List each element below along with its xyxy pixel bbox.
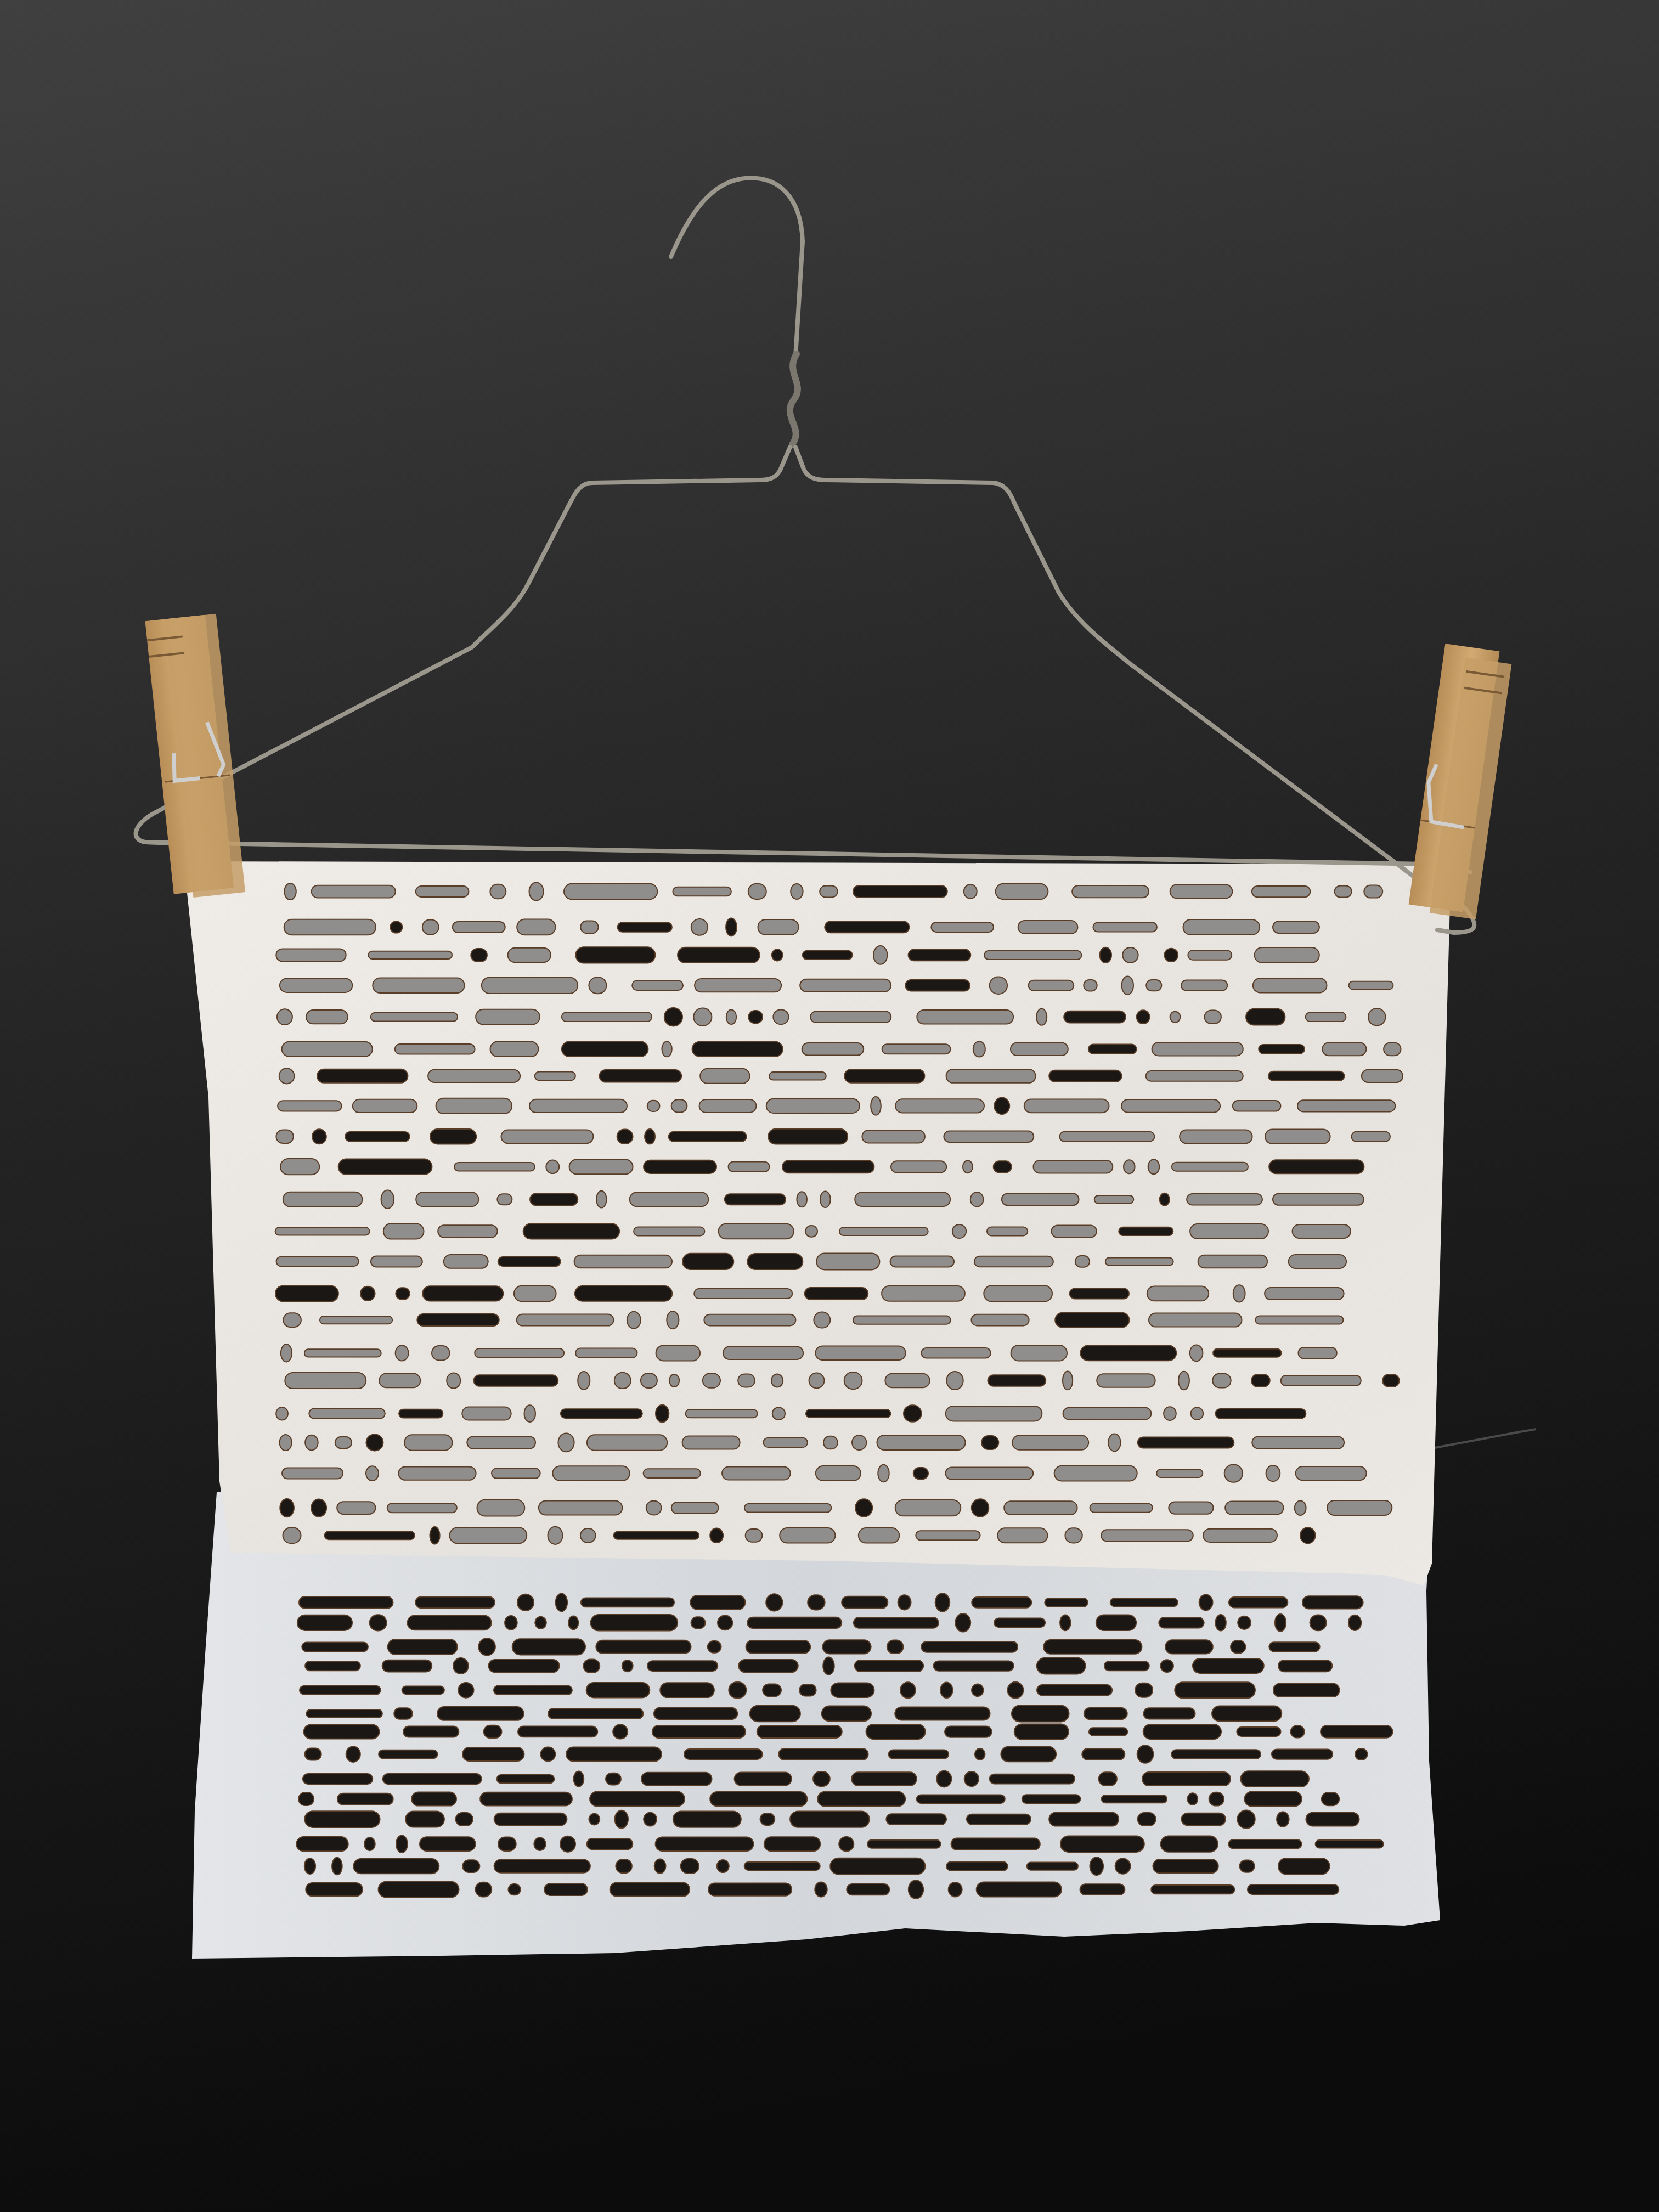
- perforation: [1384, 1042, 1401, 1056]
- perforation: [454, 1163, 535, 1171]
- perforation: [644, 1813, 657, 1826]
- perforation: [984, 1285, 1052, 1302]
- perforation: [935, 1593, 950, 1611]
- perforation: [1248, 1884, 1339, 1894]
- perforation: [564, 884, 657, 900]
- perforation: [641, 1773, 712, 1786]
- perforation: [744, 1504, 831, 1513]
- perforation: [769, 1072, 826, 1080]
- perforation: [790, 1812, 870, 1827]
- perforation: [494, 1860, 590, 1873]
- perforation: [1364, 885, 1383, 898]
- perforation: [1322, 1042, 1366, 1056]
- perforation: [725, 1194, 786, 1205]
- perforation: [1281, 1375, 1361, 1386]
- perforation: [568, 1616, 578, 1629]
- perforation: [647, 1101, 660, 1111]
- perforation: [672, 1502, 719, 1514]
- perforation: [1335, 886, 1352, 898]
- perforation: [805, 1288, 868, 1300]
- perforation: [1351, 1131, 1390, 1142]
- perforation: [852, 1435, 866, 1450]
- perforation: [1055, 1313, 1129, 1328]
- perforation: [984, 951, 1081, 960]
- perforation: [990, 1774, 1075, 1784]
- perforation: [546, 1160, 559, 1173]
- perforation: [548, 1708, 643, 1719]
- perforation: [566, 1747, 662, 1762]
- perforation: [672, 1099, 687, 1112]
- perforation: [1043, 1640, 1142, 1654]
- perforation: [1063, 1372, 1073, 1390]
- perforation: [1321, 1725, 1392, 1738]
- perforation: [695, 979, 781, 992]
- perforation: [946, 1406, 1042, 1421]
- perforation: [444, 1255, 488, 1268]
- perforation: [523, 1224, 619, 1239]
- perforation: [280, 1435, 292, 1451]
- perforation: [366, 1435, 383, 1451]
- perforation: [560, 1836, 575, 1852]
- perforation: [746, 1640, 811, 1654]
- perforation: [276, 1130, 293, 1143]
- perforation: [771, 1374, 783, 1387]
- perforation: [517, 1314, 614, 1326]
- perforation: [1188, 1793, 1198, 1805]
- perforation: [1188, 950, 1232, 960]
- perforation: [1190, 1224, 1268, 1239]
- perforation: [1233, 1285, 1245, 1302]
- perforation: [304, 1858, 315, 1874]
- perforation: [747, 1254, 803, 1269]
- perforation: [1213, 1349, 1282, 1357]
- perforation: [353, 1099, 417, 1113]
- perforation: [302, 1643, 368, 1652]
- perforation: [682, 1436, 740, 1449]
- perforation: [402, 1686, 444, 1694]
- perforation: [1070, 1288, 1129, 1299]
- perforation: [1160, 1193, 1170, 1206]
- perforation: [851, 1772, 916, 1786]
- perforation: [802, 1043, 864, 1056]
- perforation: [1105, 1257, 1173, 1265]
- perforation: [283, 1192, 363, 1207]
- perforation: [1101, 1530, 1193, 1541]
- perforation: [726, 918, 737, 936]
- perforation: [353, 1859, 439, 1874]
- perforation: [430, 1129, 476, 1144]
- perforation: [738, 1660, 798, 1672]
- perforation: [398, 1466, 476, 1480]
- perforation: [615, 1810, 628, 1829]
- perforation: [552, 1466, 630, 1481]
- perforation: [1293, 1224, 1351, 1238]
- perforation: [453, 1658, 469, 1674]
- perforation: [1362, 1070, 1403, 1082]
- perforation: [1310, 1615, 1327, 1630]
- perforation: [1082, 1748, 1125, 1760]
- perforation: [1203, 1529, 1277, 1542]
- perforation: [970, 1192, 984, 1207]
- perforation: [475, 1348, 564, 1357]
- perforation: [303, 1774, 373, 1784]
- perforation: [1075, 1256, 1090, 1267]
- perforation: [1001, 1747, 1056, 1762]
- perforation: [1252, 1437, 1344, 1449]
- perforation: [797, 1192, 807, 1207]
- perforation: [462, 1747, 524, 1761]
- perforation: [1022, 1795, 1081, 1803]
- perforation: [905, 980, 970, 991]
- perforation: [399, 1409, 443, 1418]
- perforation: [405, 1812, 444, 1827]
- perforation: [548, 1527, 563, 1544]
- perforation: [693, 1008, 712, 1026]
- perforation: [898, 1595, 911, 1610]
- perforation: [1272, 1749, 1333, 1759]
- perforation: [490, 884, 506, 899]
- perforation: [699, 1099, 757, 1113]
- perforation: [304, 1349, 381, 1357]
- perforation: [1215, 1409, 1306, 1419]
- perforation: [482, 977, 578, 994]
- perforation: [1049, 1070, 1121, 1082]
- perforation: [686, 1409, 758, 1418]
- perforation: [297, 1615, 352, 1630]
- perforation: [1193, 1658, 1264, 1673]
- perforation: [305, 1661, 360, 1671]
- perforation: [634, 1227, 704, 1236]
- perforation: [694, 1289, 792, 1299]
- perforation: [678, 947, 760, 963]
- perforation: [889, 1750, 949, 1759]
- perforation: [710, 1792, 807, 1806]
- perforation: [437, 1707, 524, 1720]
- perforation: [844, 1372, 862, 1389]
- perforation: [763, 1438, 808, 1448]
- perforation: [964, 884, 977, 899]
- perforation: [296, 1837, 348, 1851]
- perforation: [1160, 1660, 1173, 1672]
- perforation: [305, 1435, 318, 1451]
- perforation: [726, 1009, 737, 1024]
- perforation: [1122, 947, 1138, 963]
- perforation: [690, 1595, 745, 1610]
- perforation: [416, 1192, 478, 1206]
- perforation: [312, 885, 396, 898]
- perforation: [1246, 1009, 1285, 1025]
- perforation: [673, 1811, 741, 1827]
- perforation: [1164, 1407, 1176, 1420]
- perforation: [780, 1528, 835, 1543]
- perforation: [766, 1594, 782, 1611]
- perforation: [877, 1435, 966, 1450]
- perforation: [1064, 1011, 1126, 1023]
- perforation: [1060, 1615, 1070, 1630]
- perforation: [1198, 1255, 1267, 1268]
- perforation: [1273, 921, 1319, 933]
- perforation: [760, 1813, 775, 1825]
- perforation: [945, 1726, 992, 1737]
- perforation: [1072, 885, 1149, 898]
- perforation: [1291, 1726, 1305, 1738]
- perforation: [822, 1706, 871, 1722]
- perforation: [561, 1409, 642, 1418]
- perforation: [1037, 1685, 1112, 1696]
- perforation: [1090, 1857, 1104, 1875]
- perforation: [1349, 981, 1393, 990]
- perforation: [279, 1068, 295, 1084]
- perforation: [276, 1257, 359, 1266]
- perforation: [1273, 1194, 1364, 1205]
- perforation: [403, 1726, 459, 1737]
- perforation: [1004, 1501, 1077, 1515]
- perforation: [1104, 1661, 1149, 1671]
- perforation: [558, 1434, 574, 1452]
- perforation: [994, 1161, 1012, 1172]
- perforation: [1212, 1706, 1282, 1722]
- perforation: [673, 887, 731, 896]
- perforation: [428, 1070, 520, 1082]
- perforation: [534, 1838, 545, 1851]
- perforation: [1080, 1345, 1176, 1361]
- perforation: [622, 1660, 633, 1672]
- perforation: [917, 1010, 1013, 1024]
- perforation: [684, 1749, 763, 1759]
- perforation: [921, 1641, 1018, 1652]
- perforation: [1012, 1435, 1088, 1450]
- perforation: [1059, 1132, 1154, 1142]
- perforation: [916, 1531, 980, 1540]
- perforation: [284, 883, 296, 900]
- perforation: [1152, 1042, 1243, 1056]
- perforation: [1278, 1660, 1332, 1672]
- perforation: [383, 1774, 482, 1784]
- perforation: [575, 1286, 672, 1301]
- perforation: [589, 977, 606, 994]
- perforation: [1170, 1012, 1181, 1023]
- perforation: [1014, 1724, 1069, 1739]
- perforation: [839, 1227, 928, 1235]
- perforation: [1183, 919, 1260, 935]
- perforation: [512, 1639, 585, 1655]
- perforation: [885, 1374, 929, 1388]
- perforation: [275, 1285, 338, 1301]
- perforation: [1224, 1464, 1243, 1482]
- perforation: [820, 1191, 831, 1207]
- perforation: [664, 1008, 682, 1026]
- perforation: [1259, 1045, 1305, 1054]
- perforation: [873, 946, 887, 964]
- perforation: [773, 1009, 788, 1024]
- perforation: [1018, 921, 1078, 934]
- perforation: [590, 1792, 685, 1807]
- perforation: [632, 980, 683, 990]
- perforation: [972, 1314, 1029, 1326]
- perforation: [494, 1686, 572, 1695]
- perforation: [1148, 1159, 1160, 1174]
- perforation: [855, 1499, 872, 1517]
- perforation: [581, 1598, 674, 1607]
- perforation: [1119, 1227, 1173, 1235]
- perforation: [383, 1223, 424, 1239]
- perforation: [606, 1773, 621, 1785]
- perforation: [1008, 1682, 1024, 1699]
- perforation: [972, 1684, 984, 1696]
- perforation: [946, 1372, 963, 1390]
- perforation: [682, 1254, 733, 1269]
- perforation: [498, 1837, 516, 1851]
- perforation: [610, 1883, 690, 1897]
- perforation: [854, 1617, 939, 1628]
- perforation: [1097, 1374, 1155, 1387]
- perforation: [415, 1596, 495, 1608]
- perforation: [831, 1683, 874, 1697]
- perforation: [895, 1707, 990, 1720]
- perforation: [1027, 1862, 1078, 1870]
- perforation: [1269, 1160, 1364, 1173]
- perforation: [345, 1132, 410, 1141]
- perforation: [973, 1041, 985, 1057]
- perforation: [691, 919, 708, 935]
- perforation: [862, 1130, 925, 1143]
- perforation: [951, 1838, 1040, 1850]
- perforation: [489, 1660, 560, 1672]
- perforation: [799, 1684, 816, 1696]
- perforation: [805, 1226, 817, 1237]
- perforation: [562, 1012, 652, 1022]
- perforation: [816, 1466, 861, 1481]
- perforation: [782, 1160, 874, 1173]
- perforation: [1289, 1255, 1346, 1268]
- perforation: [974, 1256, 1053, 1267]
- perforation: [692, 1042, 783, 1057]
- perforation: [656, 1405, 669, 1423]
- perforation: [1229, 1839, 1302, 1848]
- perforation: [337, 1502, 375, 1514]
- perforation: [280, 978, 352, 992]
- perforation: [575, 947, 655, 963]
- perforation: [276, 949, 346, 961]
- perforation: [490, 1042, 539, 1057]
- perforation: [949, 1882, 962, 1897]
- perforation: [772, 1407, 785, 1420]
- perforation: [539, 1501, 622, 1515]
- perforation: [280, 1499, 294, 1517]
- perforation: [1237, 1727, 1280, 1736]
- perforation: [644, 1160, 716, 1173]
- perforation: [1238, 1810, 1255, 1828]
- perforation: [703, 1373, 720, 1387]
- perforation: [408, 1615, 492, 1630]
- perforation: [462, 1407, 511, 1420]
- perforation: [580, 1528, 596, 1543]
- perforation: [1241, 1771, 1309, 1787]
- perforation: [514, 1286, 556, 1301]
- perforation: [977, 1882, 1062, 1897]
- perforation: [388, 1639, 458, 1655]
- perforation: [616, 1859, 632, 1873]
- perforation: [988, 1375, 1046, 1386]
- perforation: [944, 1131, 1034, 1143]
- perforation: [844, 1069, 924, 1083]
- perforation: [370, 1615, 387, 1630]
- perforation: [530, 1193, 578, 1205]
- perforation: [281, 1344, 292, 1362]
- perforation: [477, 1500, 525, 1516]
- perforation: [280, 1159, 319, 1175]
- perforation: [764, 1837, 820, 1851]
- perforation: [575, 1348, 637, 1358]
- perforation: [748, 884, 766, 899]
- perforation: [669, 1374, 679, 1387]
- perforation: [587, 1838, 633, 1849]
- perforation: [1199, 1594, 1213, 1610]
- perforation: [600, 1070, 682, 1082]
- perforation: [823, 1436, 838, 1449]
- perforation: [645, 1129, 655, 1144]
- perforation: [325, 1531, 415, 1539]
- perforation: [1143, 1724, 1221, 1739]
- perforation: [1205, 1010, 1221, 1024]
- perforation: [891, 1161, 946, 1172]
- perforation: [886, 1814, 946, 1825]
- perforation: [379, 1374, 420, 1388]
- perforation: [820, 886, 838, 898]
- perforation: [1161, 1836, 1218, 1852]
- perforation: [1181, 980, 1227, 991]
- perforation: [438, 1225, 498, 1237]
- perforation: [778, 1748, 868, 1760]
- perforation: [346, 1746, 360, 1762]
- perforation: [904, 1405, 922, 1422]
- perforation: [1108, 1434, 1120, 1452]
- perforation: [436, 1098, 512, 1114]
- perforation: [1102, 1795, 1167, 1803]
- perforation: [1156, 1469, 1203, 1477]
- perforation: [808, 1595, 825, 1610]
- perforation: [1316, 1840, 1384, 1848]
- perforation: [422, 920, 439, 935]
- perforation: [307, 1709, 382, 1718]
- perforation: [738, 1374, 755, 1387]
- perforation: [306, 1010, 348, 1024]
- perforation: [1306, 1813, 1359, 1826]
- perforation: [1090, 1503, 1153, 1512]
- perforation: [1099, 1772, 1117, 1786]
- perforation: [1122, 977, 1133, 995]
- perforation: [882, 1044, 951, 1054]
- perforation: [847, 1884, 889, 1895]
- perforation: [644, 1469, 701, 1478]
- perforation: [866, 1724, 926, 1739]
- perforation: [613, 1725, 628, 1739]
- perforation: [1300, 1527, 1316, 1543]
- perforation: [1065, 1528, 1082, 1543]
- perforation: [284, 919, 376, 935]
- perforation: [371, 1256, 422, 1267]
- perforation: [1172, 1163, 1248, 1171]
- perforation: [1094, 1195, 1134, 1204]
- perforation: [1011, 1345, 1067, 1361]
- perforation: [1146, 980, 1161, 991]
- perforation: [723, 1347, 803, 1359]
- perforation: [569, 1159, 633, 1174]
- perforation: [772, 949, 783, 961]
- perforation: [952, 1224, 966, 1238]
- perforation: [541, 1747, 556, 1762]
- perforation: [1093, 922, 1156, 932]
